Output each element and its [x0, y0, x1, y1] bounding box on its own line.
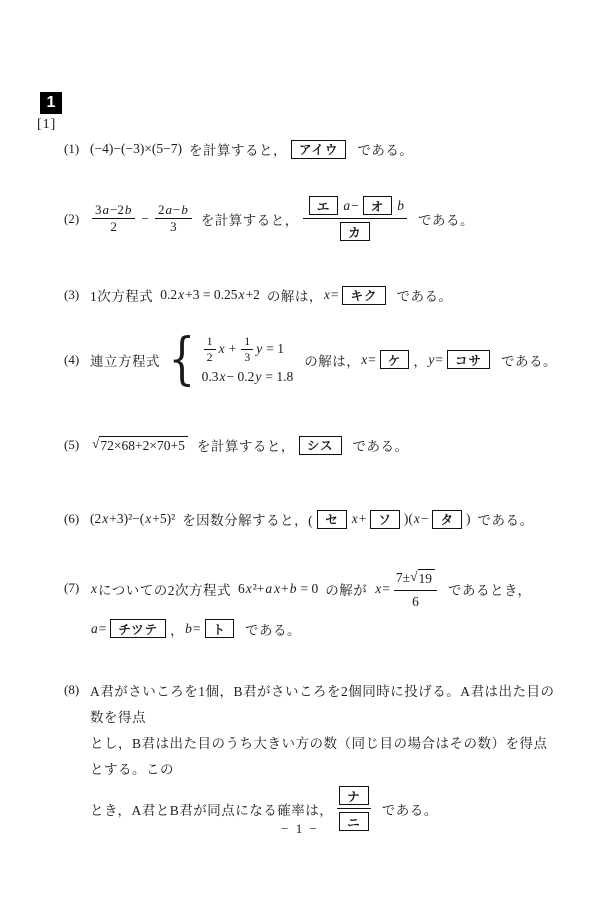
operator: − — [351, 198, 359, 214]
variable: x — [218, 341, 226, 357]
operator: + — [359, 511, 367, 527]
problem-text: とき，A君とB君が同点になる確率は， — [90, 799, 333, 819]
math-expression: 6x²+ax+b= 0 — [238, 581, 318, 597]
variable: b — [184, 621, 193, 637]
problem-text: であるとき， — [448, 579, 531, 599]
fraction: 2a−b 3 — [155, 202, 192, 234]
radicand: 72×68+2×70+5 — [99, 436, 187, 454]
problem-body: 連立方程式 { 12 x + 13 y = 1 0.3x− 0.2y= 1.8 — [90, 333, 557, 386]
problem-8: (8) A君がさいころを1個，B君がさいころを2個同時に投げる。A君は出た目の数… — [64, 679, 558, 831]
equals-sign: = — [99, 621, 107, 637]
problem-text: である。 — [397, 285, 453, 305]
equals-sign: = — [193, 621, 201, 637]
problem-5: (5) √ 72×68+2×70+5 を計算すると， シス である。 — [64, 435, 409, 455]
problem-number: (2) — [64, 211, 90, 227]
problem-1: (1) (−4)−(−3)×(5−7) を計算すると， アイウ である。 — [64, 139, 413, 159]
equals-sign: = — [382, 581, 390, 597]
system-equations: 12 x + 13 y = 1 0.3x− 0.2y= 1.8 — [202, 334, 294, 385]
problem-text-line-1: A君がさいころを1個，B君がさいころを2個同時に投げる。A君は出た目の数を得点 — [90, 679, 558, 731]
problem-text: を計算すると， — [197, 435, 295, 455]
answer-box: セ — [317, 510, 347, 529]
square-root: √19 — [410, 569, 435, 587]
math-expression: 0.3 — [202, 369, 219, 385]
problem-text: ， — [170, 619, 184, 639]
problem-number: (1) — [64, 141, 90, 157]
variable: x — [360, 352, 368, 368]
fraction-numerator: 3a−2b — [92, 202, 135, 219]
problem-text: の解は， — [304, 350, 360, 370]
problem-number: (6) — [64, 511, 90, 527]
problem-body: x についての2次方程式 6x²+ax+b= 0 の解が x = 7± √19 … — [90, 569, 531, 639]
answer-box: アイウ — [291, 140, 346, 159]
variable: y — [427, 352, 435, 368]
exam-page: 1 [1] (1) (−4)−(−3)×(5−7) を計算すると， アイウ であ… — [0, 0, 600, 900]
math-expression: ) — [466, 511, 471, 527]
problem-body: 3a−2b 2 − 2a−b 3 を計算すると， エa−オb カ である。 — [90, 196, 474, 241]
problem-line-1: x についての2次方程式 6x²+ax+b= 0 の解が x = 7± √19 … — [90, 569, 531, 610]
problem-3: (3) 1次方程式 0.2x+3 = 0.25x+2 の解は， x = キク で… — [64, 285, 453, 305]
problem-text: を因数分解すると，( — [182, 509, 313, 529]
problem-text: である。 — [357, 139, 413, 159]
answer-box: ケ — [380, 350, 410, 369]
variable: x — [90, 581, 98, 597]
problem-text: である。 — [245, 619, 301, 639]
problem-6: (6) (2x+3)²−(x+5)² を因数分解すると，( セx+ソ)(x−タ)… — [64, 509, 533, 529]
math-expression: − 0.2 — [227, 369, 255, 385]
answer-fraction-denominator: カ — [336, 219, 374, 241]
problem-number: (3) — [64, 287, 90, 303]
problem-body: (2x+3)²−(x+5)² を因数分解すると，( セx+ソ)(x−タ) である… — [90, 509, 533, 529]
math-expression: = 1 — [266, 341, 284, 357]
equals-sign: = — [435, 352, 443, 368]
subsection-label: [1] — [37, 117, 56, 133]
fraction: 3a−2b 2 — [92, 202, 135, 234]
fraction-numerator: 7± √19 — [394, 569, 437, 590]
math-expression: (−4)−(−3)×(5−7) — [90, 141, 182, 157]
math-expression: )( — [404, 511, 413, 527]
problem-text: を計算すると， — [201, 209, 299, 229]
equation-2: 0.3x− 0.2y= 1.8 — [202, 369, 294, 385]
answer-box: エ — [309, 196, 339, 215]
variable: b — [396, 198, 405, 214]
page-number: − 1 − — [0, 821, 600, 837]
variable: x — [323, 287, 331, 303]
answer-box: ナ — [339, 786, 369, 805]
problem-text: である。 — [418, 209, 474, 229]
answer-box: カ — [340, 222, 370, 241]
radical-sign: √ — [92, 436, 99, 452]
variable: x — [351, 511, 359, 527]
problem-text-line-2: とし，B君は出た目のうち大きい方の数（同じ目の場合はその数）を得点とする。この — [90, 731, 558, 783]
answer-box: ト — [205, 619, 235, 638]
equation-1: 12 x + 13 y = 1 — [202, 334, 294, 364]
variable: a — [90, 621, 99, 637]
square-root: √ 72×68+2×70+5 — [92, 436, 188, 454]
answer-fraction: エa−オb カ — [303, 196, 407, 241]
problem-text: 1次方程式 — [90, 285, 153, 305]
answer-box: シス — [299, 436, 342, 455]
problem-line-2: a = チツテ ， b = ト である。 — [90, 619, 531, 639]
problem-text: 連立方程式 — [90, 350, 160, 370]
answer-box: オ — [363, 196, 393, 215]
problem-2: (2) 3a−2b 2 − 2a−b 3 を計算すると， エa−オb カ で — [64, 196, 474, 241]
equals-sign: = — [331, 287, 339, 303]
problem-text: についての2次方程式 — [98, 579, 231, 599]
problem-text: である。 — [477, 509, 533, 529]
math-expression: = 1.8 — [265, 369, 293, 385]
answer-box: キク — [342, 286, 385, 305]
math-expression: (2x+3)²−(x+5)² — [90, 511, 175, 527]
operator: + — [229, 341, 237, 357]
problem-body: (−4)−(−3)×(5−7) を計算すると， アイウ である。 — [90, 139, 413, 159]
equation-system: { 12 x + 13 y = 1 0.3x− 0.2y= 1.8 — [164, 333, 293, 386]
variable: x — [413, 511, 421, 527]
answer-box: ソ — [370, 510, 400, 529]
fraction-denominator: 3 — [167, 219, 180, 235]
problem-4: (4) 連立方程式 { 12 x + 13 y = 1 0.3x− 0.2y= … — [64, 333, 557, 386]
fraction-denominator: 6 — [412, 591, 419, 610]
operator: − — [421, 511, 429, 527]
variable: x — [374, 581, 382, 597]
answer-fraction-numerator: エa−オb — [303, 196, 407, 218]
problem-text: である。 — [353, 435, 409, 455]
problem-body: √ 72×68+2×70+5 を計算すると， シス である。 — [90, 435, 409, 455]
section-number: 1 — [47, 94, 56, 112]
answer-fraction: 7± √19 6 — [394, 569, 437, 610]
problem-body: 1次方程式 0.2x+3 = 0.25x+2 の解は， x = キク である。 — [90, 285, 453, 305]
variable: x — [219, 369, 227, 385]
fraction: 13 — [241, 334, 253, 364]
answer-box: コサ — [447, 350, 490, 369]
math-expression: 0.2x+3 = 0.25x+2 — [160, 287, 260, 303]
variable: y — [254, 369, 262, 385]
equals-sign: = — [368, 352, 376, 368]
problem-text: を計算すると， — [189, 139, 287, 159]
fraction: 12 — [204, 334, 216, 364]
problem-number: (5) — [64, 437, 90, 453]
fraction-denominator: 2 — [107, 219, 120, 235]
answer-box: タ — [432, 510, 462, 529]
answer-box: チツテ — [110, 619, 166, 638]
variable: y — [255, 341, 263, 357]
problem-text: である。 — [382, 799, 438, 819]
operator: − — [141, 211, 149, 227]
problem-number: (8) — [64, 679, 90, 698]
section-number-badge: 1 — [40, 92, 62, 114]
problem-text: の解が — [325, 579, 367, 599]
system-brace: { — [168, 333, 195, 386]
problem-7: (7) x についての2次方程式 6x²+ax+b= 0 の解が x = 7± … — [64, 569, 531, 639]
problem-text: の解は， — [267, 285, 323, 305]
problem-text: である。 — [501, 350, 557, 370]
problem-number: (4) — [64, 352, 90, 368]
problem-number: (7) — [64, 569, 90, 596]
problem-text: ， — [413, 350, 427, 370]
problem-body: A君がさいころを1個，B君がさいころを2個同時に投げる。A君は出た目の数を得点 … — [90, 679, 558, 831]
variable: a — [342, 198, 351, 214]
fraction-numerator: 2a−b — [155, 202, 192, 219]
answer-fraction-numerator: ナ — [337, 786, 371, 808]
